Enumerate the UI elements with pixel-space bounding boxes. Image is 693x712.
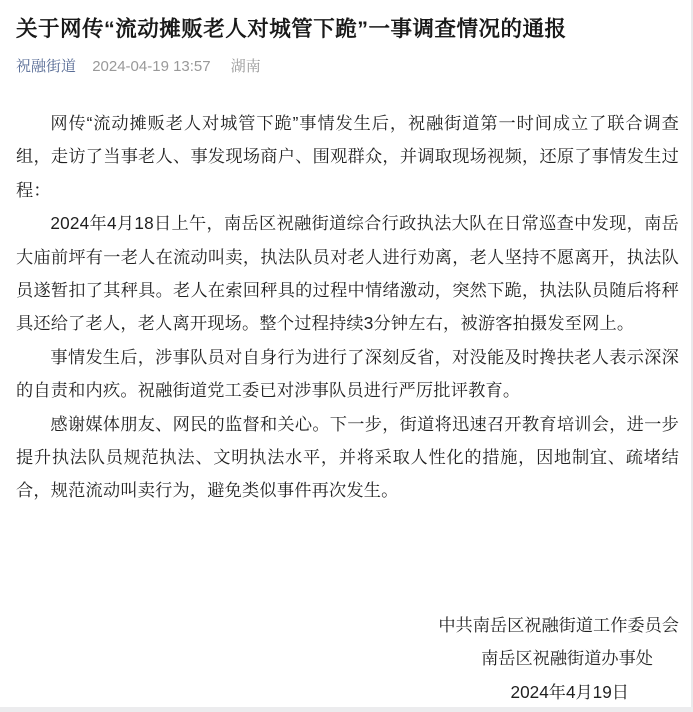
- byline: 祝融街道 2024-04-19 13:57 湖南: [0, 44, 693, 77]
- source-link[interactable]: 祝融街道: [16, 58, 76, 75]
- paragraph-next-steps: 感谢媒体朋友、网民的监督和关心。下一步，街道将迅速召开教育培训会，进一步提升执法…: [16, 408, 679, 508]
- paragraph-apology: 事情发生后，涉事队员对自身行为进行了深刻反省，对没能及时搀扶老人表示深深的自责和…: [16, 341, 679, 408]
- signature-date: 2024年4月19日: [0, 676, 693, 709]
- article-body: 网传“流动摊贩老人对城管下跪”事情发生后，祝融街道第一时间成立了联合调查组，走访…: [0, 107, 693, 508]
- page-bottom-divider: [0, 707, 693, 712]
- signature-office: 南岳区祝融街道办事处: [0, 642, 693, 675]
- signature-block: 中共南岳区祝融街道工作委员会 南岳区祝融街道办事处 2024年4月19日: [0, 609, 693, 709]
- region-label: 湖南: [231, 58, 261, 75]
- signature-committee: 中共南岳区祝融街道工作委员会: [0, 609, 693, 642]
- paragraph-intro: 网传“流动摊贩老人对城管下跪”事情发生后，祝融街道第一时间成立了联合调查组，走访…: [16, 107, 679, 207]
- article-title: 关于网传“流动摊贩老人对城管下跪”一事调查情况的通报: [0, 0, 693, 44]
- paragraph-incident: 2024年4月18日上午，南岳区祝融街道综合行政执法大队在日常巡查中发现，南岳大…: [16, 207, 679, 341]
- article-page: 关于网传“流动摊贩老人对城管下跪”一事调查情况的通报 祝融街道 2024-04-…: [0, 0, 693, 712]
- publish-time: 2024-04-19 13:57: [92, 58, 210, 75]
